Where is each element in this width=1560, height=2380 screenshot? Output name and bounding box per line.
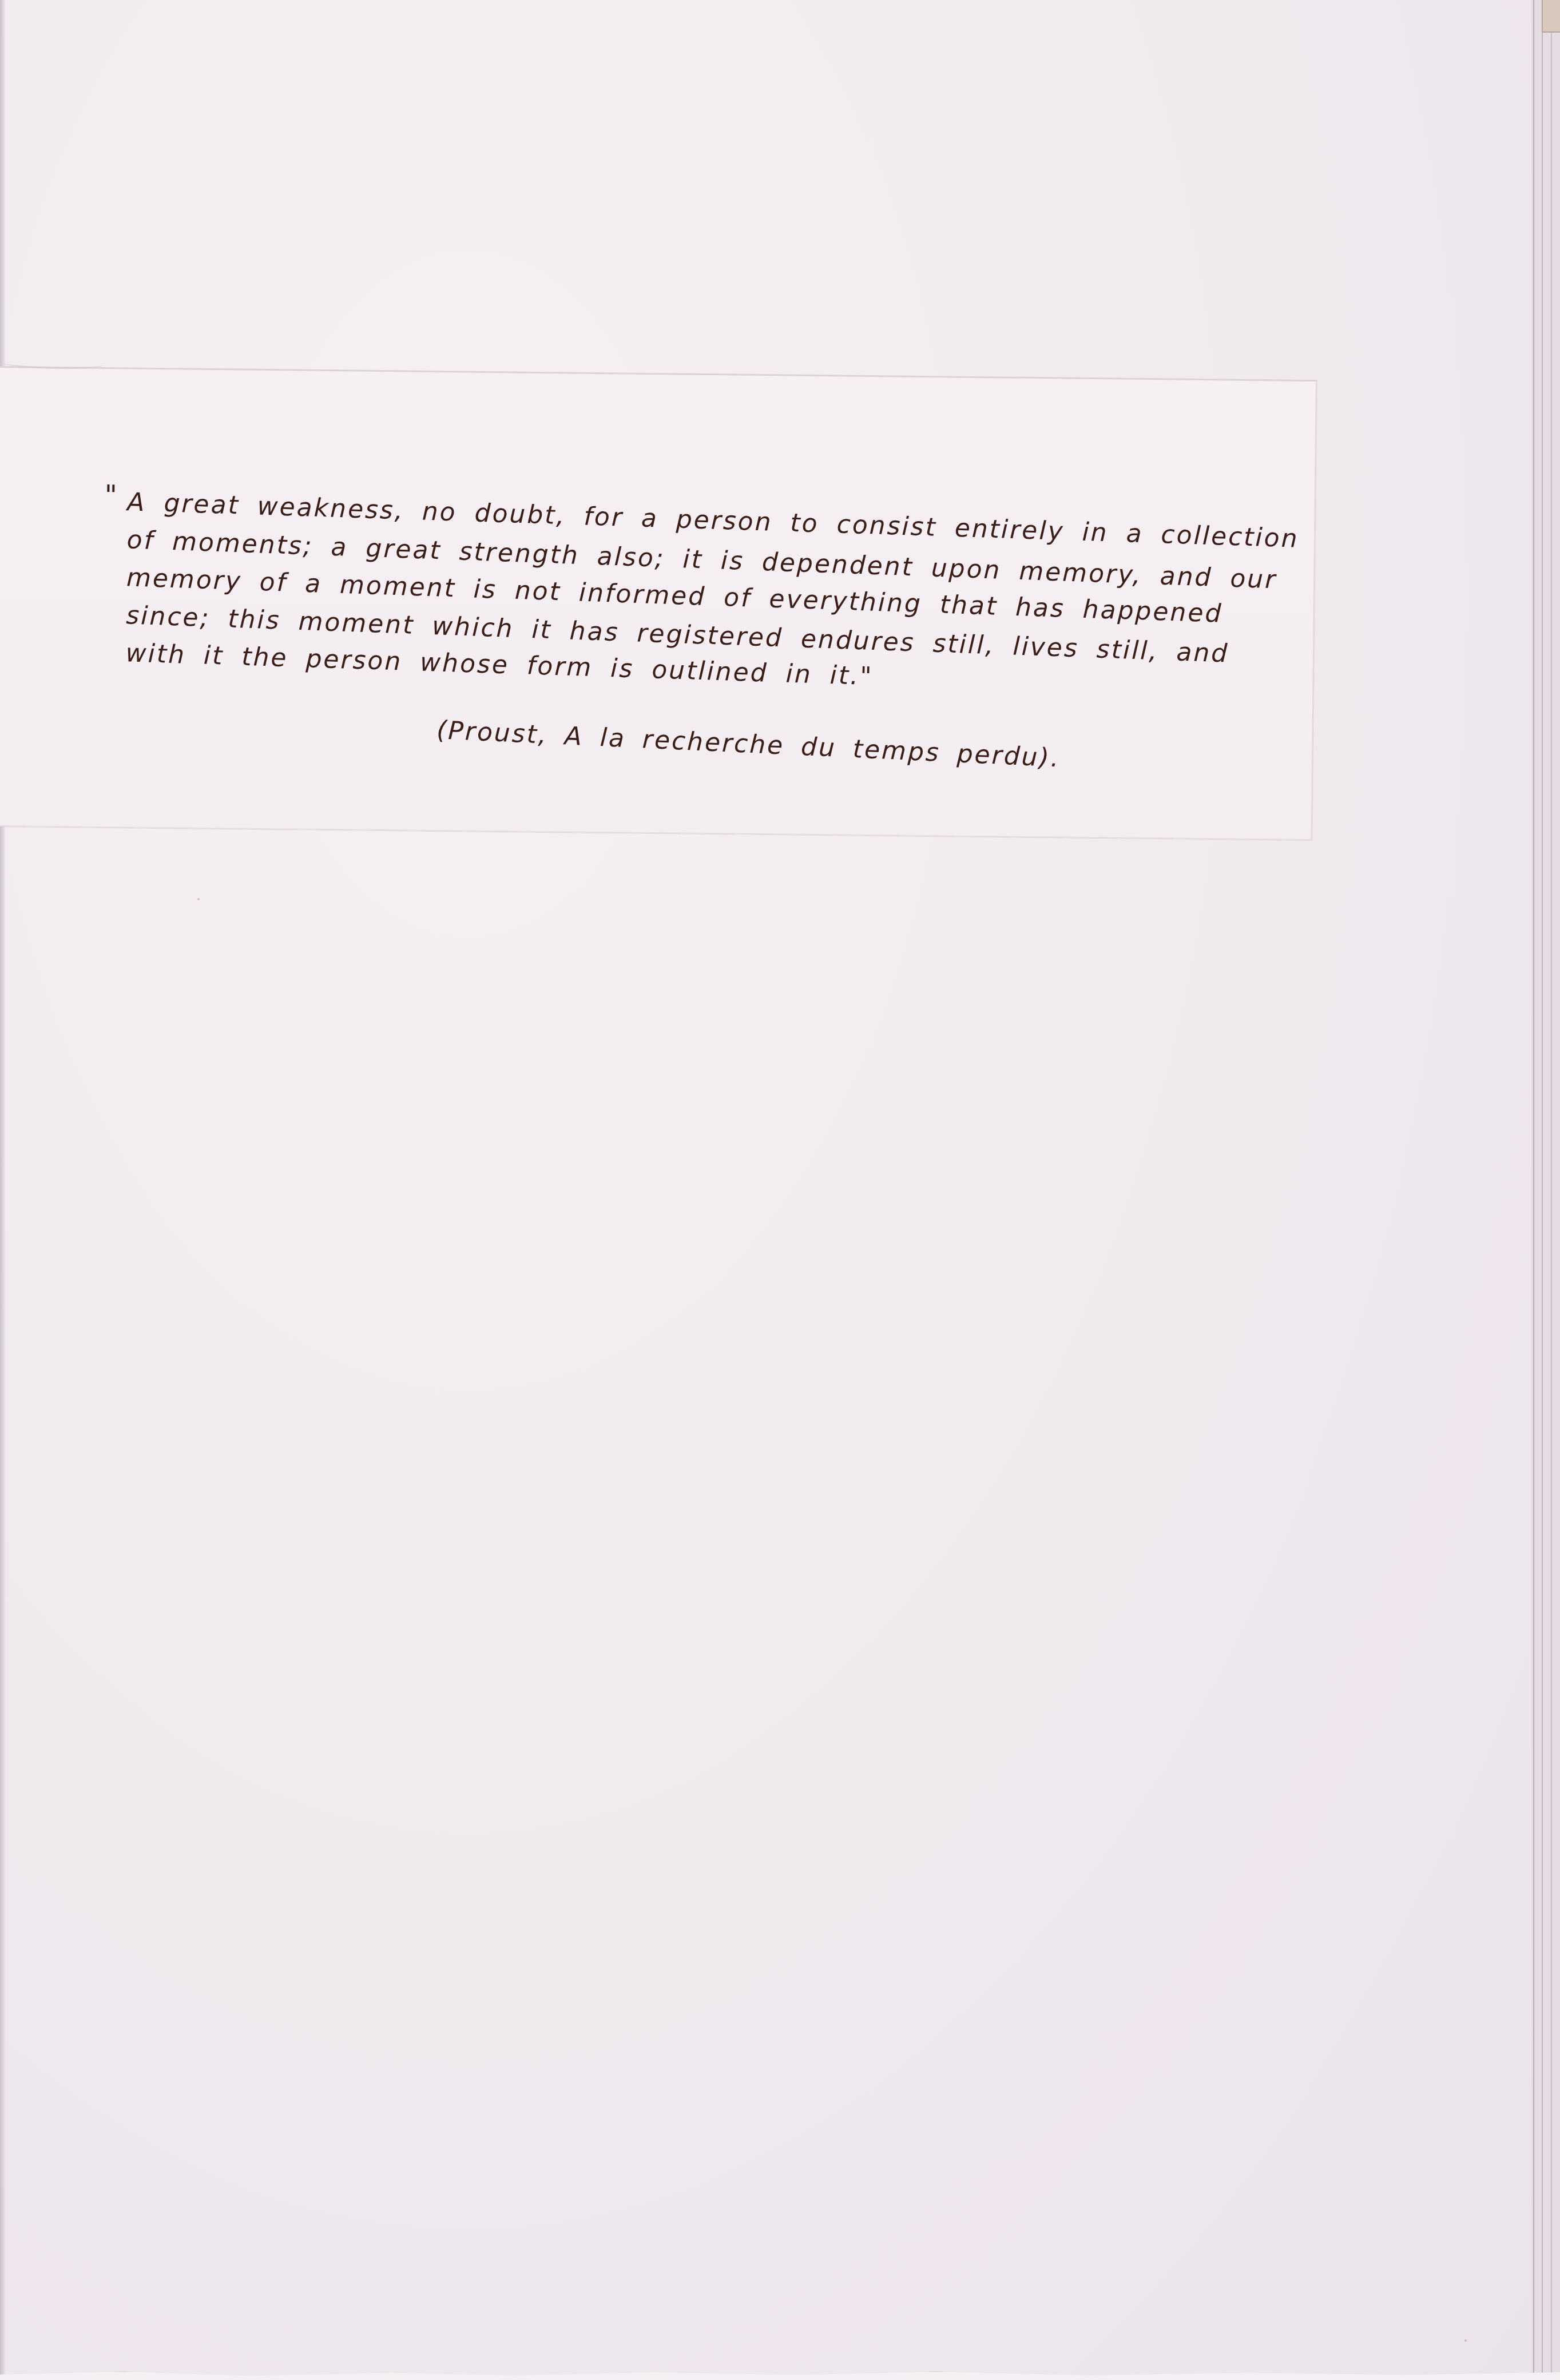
paper-speck <box>197 898 200 900</box>
scanned-page: " A great weakness, no doubt, for a pers… <box>0 0 1560 2380</box>
deckled-bottom-edge <box>0 2371 1560 2380</box>
corner-tab <box>1542 0 1560 33</box>
page-edge-line <box>1542 0 1543 2380</box>
page-edge-line <box>1533 0 1534 2380</box>
paper-speck <box>1464 2339 1467 2342</box>
citation: (Proust, A la recherche du temps perdu). <box>436 716 1061 773</box>
torn-paper-edge <box>0 357 103 369</box>
handwritten-quote: " A great weakness, no doubt, for a pers… <box>125 483 1157 683</box>
mounted-paper-strip: " A great weakness, no doubt, for a pers… <box>0 366 1317 840</box>
page-stack-edge <box>1531 0 1560 2380</box>
page-edge-line <box>1551 0 1552 2380</box>
opening-quote-mark: " <box>104 476 119 514</box>
